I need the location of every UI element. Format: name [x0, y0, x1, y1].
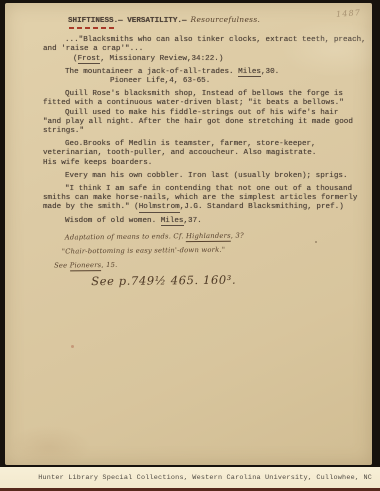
scanned-document: { "scan": { "pencil_number": "1487", "he… [0, 0, 380, 491]
typed-line: made by the smith." (Holmstrom,J.G. Stan… [43, 203, 363, 212]
typed-paragraph: ..."Blacksmiths who can also tinker cloc… [43, 36, 363, 64]
typed-line: His wife keeps boarders. [43, 159, 363, 168]
underlined-reference: Highlanders [186, 232, 231, 242]
text-segment: The mountaineer a jack-of-all-trades. [65, 68, 238, 76]
archive-caption: Hunter Library Special Collections, West… [38, 474, 372, 482]
typed-blocks: ..."Blacksmiths who can also tinker cloc… [43, 36, 363, 226]
text-segment: See p.749½ 465. 160³. [91, 273, 236, 289]
text-segment: ..."Blacksmiths who can also tinker cloc… [65, 36, 366, 44]
page-content: SHIFTINESS.— VERSATILITY.—Resourcefulnes… [5, 3, 372, 465]
typed-paragraph: "I think I am safe in contending that no… [43, 185, 363, 213]
typed-line: Every man his own cobbler. Iron last (us… [65, 172, 363, 181]
text-segment: ,30. [261, 68, 279, 76]
title-primary: SHIFTINESS. [68, 17, 118, 26]
text-segment: "I think I am safe in contending that no… [65, 185, 352, 193]
page-title: SHIFTINESS.— VERSATILITY.—Resourcefulnes… [68, 15, 363, 26]
handwritten-line: "Chair-bottoming is easy settin'-down wo… [62, 244, 363, 255]
underlined-reference: Frost [78, 55, 101, 65]
typed-line: (Frost, Missionary Review,34:22.) [73, 55, 363, 64]
text-segment: fitted with a continuous water-driven bl… [43, 99, 344, 107]
handwritten-notes: Adaptation of means to ends. Cf. Highlan… [43, 230, 364, 288]
typed-paragraph: Quill Rose's blacksmith shop, Instead of… [43, 90, 363, 136]
text-segment: See [54, 261, 70, 269]
typed-line: and 'raise a crap'"... [43, 45, 363, 54]
typed-paragraph: Every man his own cobbler. Iron last (us… [43, 172, 363, 181]
handwritten-line: See Pioneers, 15. [54, 258, 363, 269]
text-segment: Wisdom of old women. [65, 217, 161, 225]
underlined-reference: Miles [161, 217, 184, 227]
typed-line: Wisdom of old women. Miles,37. [65, 217, 363, 226]
typed-line: fitted with a continuous water-driven bl… [43, 99, 363, 108]
handwritten-line: See p.749½ 465. 160³. [91, 272, 363, 288]
handwritten-line: Adaptation of means to ends. Cf. Highlan… [65, 230, 363, 241]
text-segment: , 15. [101, 261, 117, 269]
text-segment: and 'raise a crap'"... [43, 45, 143, 53]
text-segment: "Chair-bottoming is easy settin'-down wo… [62, 246, 225, 256]
text-segment: strings." [43, 127, 84, 135]
text-segment: Quill Rose's blacksmith shop, Instead of… [65, 90, 343, 98]
text-segment: Every man his own cobbler. Iron last (us… [65, 172, 348, 180]
text-segment: veterinarian, tooth-puller, and accouche… [43, 149, 316, 157]
text-segment: Quill used to make his fiddle-strings ou… [65, 109, 338, 117]
typed-line: veterinarian, tooth-puller, and accouche… [43, 149, 363, 158]
text-segment: "and play all night. After the hair got … [43, 118, 353, 126]
handwritten-annotation: Resourcefulness. [191, 15, 261, 24]
typed-paragraph: The mountaineer a jack-of-all-trades. Mi… [43, 68, 363, 86]
paper-speck [315, 241, 317, 243]
underlined-reference: Miles [238, 68, 261, 78]
text-segment: , 3? [231, 231, 244, 239]
text-segment: ,J.G. Standard Blacksmithing, pref.) [180, 203, 344, 211]
text-segment: Geo.Brooks of Medlin is teamster, farmer… [65, 140, 316, 148]
typed-paragraph: Wisdom of old women. Miles,37. [43, 217, 363, 226]
text-segment: His wife keeps boarders. [43, 159, 152, 167]
typed-line: "I think I am safe in contending that no… [65, 185, 363, 194]
caption-strip: Hunter Library Special Collections, West… [0, 467, 380, 488]
scanned-page: 1487 SHIFTINESS.— VERSATILITY.—Resourcef… [5, 3, 372, 465]
typed-line: "and play all night. After the hair got … [43, 118, 363, 127]
typed-paragraph: Geo.Brooks of Medlin is teamster, farmer… [43, 140, 363, 168]
text-segment: , Missionary Review,34:22.) [100, 55, 223, 63]
typed-line: The mountaineer a jack-of-all-trades. Mi… [65, 68, 363, 77]
title-rest: — VERSATILITY.— [118, 17, 186, 25]
text-segment: made by the smith." ( [43, 203, 139, 211]
underlined-reference: Holmstrom [139, 203, 180, 213]
typed-line: strings." [43, 127, 363, 136]
text-segment: Pioneer Life,4, 63-65. [110, 77, 210, 85]
underlined-reference: Pioneers [70, 261, 102, 271]
text-segment: ,37. [184, 217, 202, 225]
paper-speck [71, 345, 74, 348]
typed-line: Pioneer Life,4, 63-65. [110, 77, 363, 86]
typed-line: Quill used to make his fiddle-strings ou… [65, 109, 363, 118]
text-segment: ( [73, 55, 78, 63]
text-segment: Adaptation of means to ends. Cf. [65, 232, 186, 241]
text-segment: smiths can make horse-nails, which are t… [43, 194, 357, 202]
